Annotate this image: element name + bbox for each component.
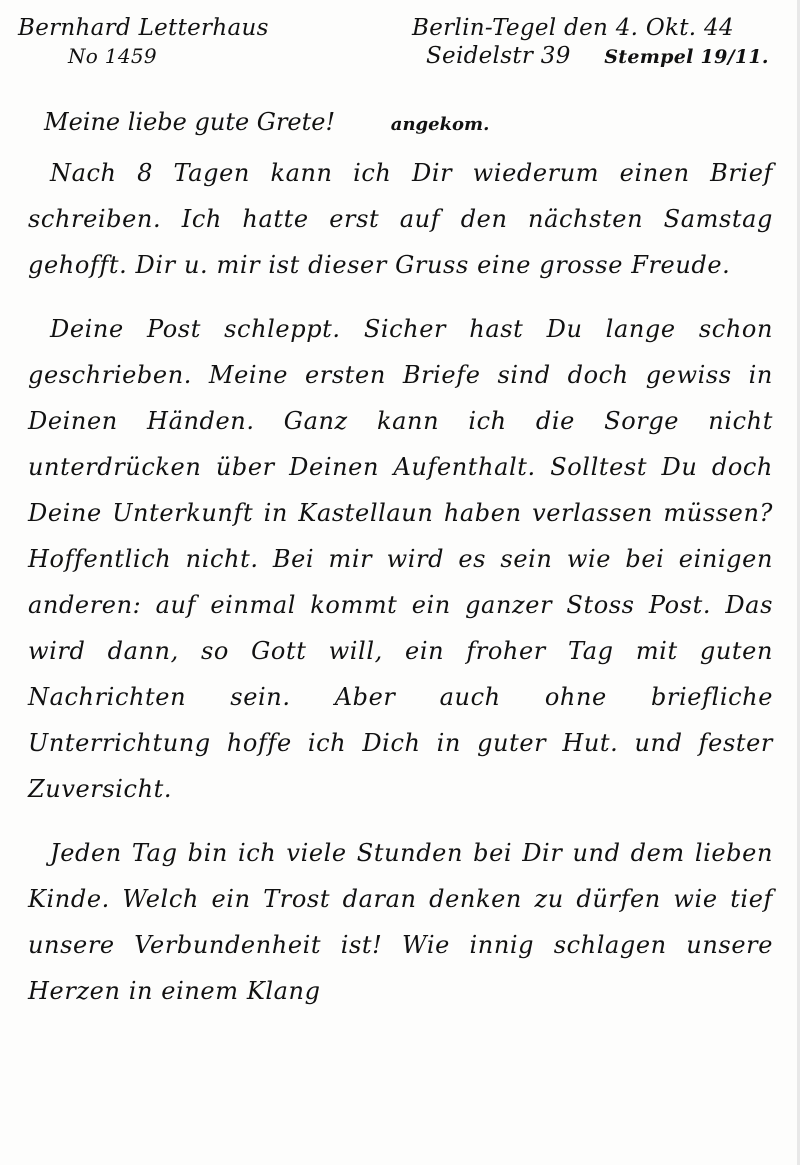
salutation: Meine liebe gute Grete! — [44, 108, 335, 136]
place-date-block: Berlin-Tegel den 4. Okt. 44 Seidelstr 39… — [412, 14, 769, 71]
prisoner-number: No 1459 — [18, 42, 269, 70]
received-annotation: angekom. — [391, 114, 490, 135]
letter-body: Nach 8 Tagen kann ich Dir wiederum einen… — [28, 150, 773, 1032]
address: Seidelstr 39 — [426, 43, 571, 69]
sender-block: Bernhard Letterhaus No 1459 — [18, 14, 269, 70]
address-line: Seidelstr 39 Stempel 19/11. — [412, 42, 769, 71]
censor-stamp: Stempel 19/11. — [604, 46, 769, 68]
paragraph: Nach 8 Tagen kann ich Dir wiederum einen… — [28, 150, 773, 288]
paragraph: Deine Post schleppt. Sicher hast Du lang… — [28, 306, 773, 812]
paragraph: Jeden Tag bin ich viele Stunden bei Dir … — [28, 830, 773, 1014]
letter-page: Bernhard Letterhaus No 1459 Berlin-Tegel… — [0, 0, 800, 1165]
salutation-line: Meine liebe gute Grete! angekom. — [44, 108, 489, 136]
sender-name: Bernhard Letterhaus — [18, 15, 269, 41]
place-date: Berlin-Tegel den 4. Okt. 44 — [412, 15, 734, 41]
